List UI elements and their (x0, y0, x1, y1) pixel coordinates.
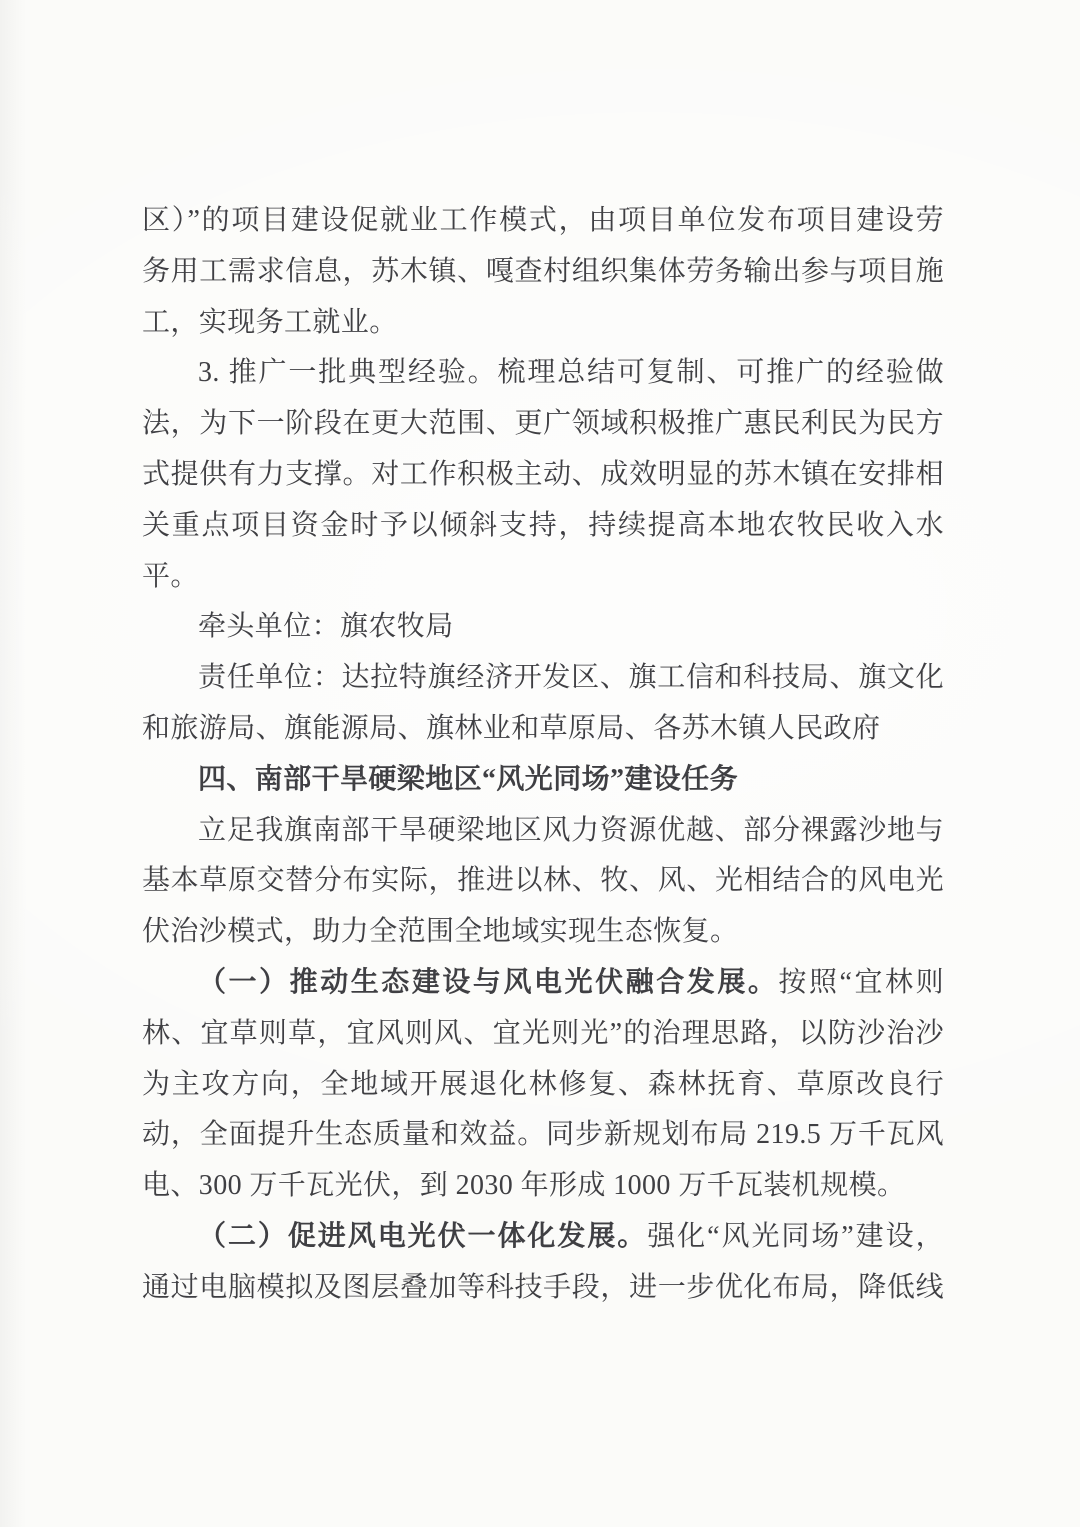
item2-bold-lead: （二）促进风电光伏一体化发展。 (198, 1221, 647, 1252)
para-item1-line-1: （一）推动生态建设与风电光伏融合发展。按照“宜林则 (142, 958, 944, 1009)
item1-bold-lead: （一）推动生态建设与风电光伏融合发展。 (198, 967, 778, 998)
para-intro-line-2: 基本草原交替分布实际，推进以林、牧、风、光相结合的风电光 (142, 856, 944, 907)
para-experience-line-3: 式提供有力支撑。对工作积极主动、成效明显的苏木镇在安排相 (142, 450, 944, 501)
section-heading: 四、南部干旱硬梁地区“风光同场”建设任务 (142, 755, 944, 806)
para-experience-line-1: 3. 推广一批典型经验。梳理总结可复制、可推广的经验做 (142, 348, 944, 399)
item2-lead-rest: 强化“风光同场”建设， (647, 1221, 944, 1252)
para-experience-line-5: 平。 (142, 552, 944, 603)
responsible-unit-line-2: 和旅游局、旗能源局、旗林业和草原局、各苏木镇人民政府 (142, 704, 944, 755)
text-column: 区）”的项目建设促就业工作模式，由项目单位发布项目建设劳 务用工需求信息，苏木镇… (142, 196, 944, 1314)
responsible-unit-line-1: 责任单位：达拉特旗经济开发区、旗工信和科技局、旗文化 (142, 653, 944, 704)
para-employment-line-3: 工，实现务工就业。 (142, 298, 944, 349)
para-experience-line-2: 法，为下一阶段在更大范围、更广领域积极推广惠民利民为民方 (142, 399, 944, 450)
para-item1-line-5: 电、300 万千瓦光伏，到 2030 年形成 1000 万千瓦装机规模。 (142, 1161, 944, 1212)
para-item1-line-2: 林、宜草则草，宜风则风、宜光则光”的治理思路，以防沙治沙 (142, 1009, 944, 1060)
document-page: 区）”的项目建设促就业工作模式，由项目单位发布项目建设劳 务用工需求信息，苏木镇… (0, 0, 1080, 1527)
para-item2-line-2: 通过电脑模拟及图层叠加等科技手段，进一步优化布局，降低线 (142, 1263, 944, 1314)
item1-lead-rest: 按照“宜林则 (778, 967, 944, 998)
para-intro-line-3: 伏治沙模式，助力全范围全地域实现生态恢复。 (142, 907, 944, 958)
para-employment-line-1: 区）”的项目建设促就业工作模式，由项目单位发布项目建设劳 (142, 196, 944, 247)
para-item2-line-1: （二）促进风电光伏一体化发展。强化“风光同场”建设， (142, 1212, 944, 1263)
para-experience-line-4: 关重点项目资金时予以倾斜支持，持续提高本地农牧民收入水 (142, 501, 944, 552)
lead-unit-line: 牵头单位：旗农牧局 (142, 602, 944, 653)
para-employment-line-2: 务用工需求信息，苏木镇、嘎查村组织集体劳务输出参与项目施 (142, 247, 944, 298)
para-item1-line-3: 为主攻方向，全地域开展退化林修复、森林抚育、草原改良行 (142, 1060, 944, 1111)
para-item1-line-4: 动，全面提升生态质量和效益。同步新规划布局 219.5 万千瓦风 (142, 1110, 944, 1161)
para-intro-line-1: 立足我旗南部干旱硬梁地区风力资源优越、部分裸露沙地与 (142, 806, 944, 857)
